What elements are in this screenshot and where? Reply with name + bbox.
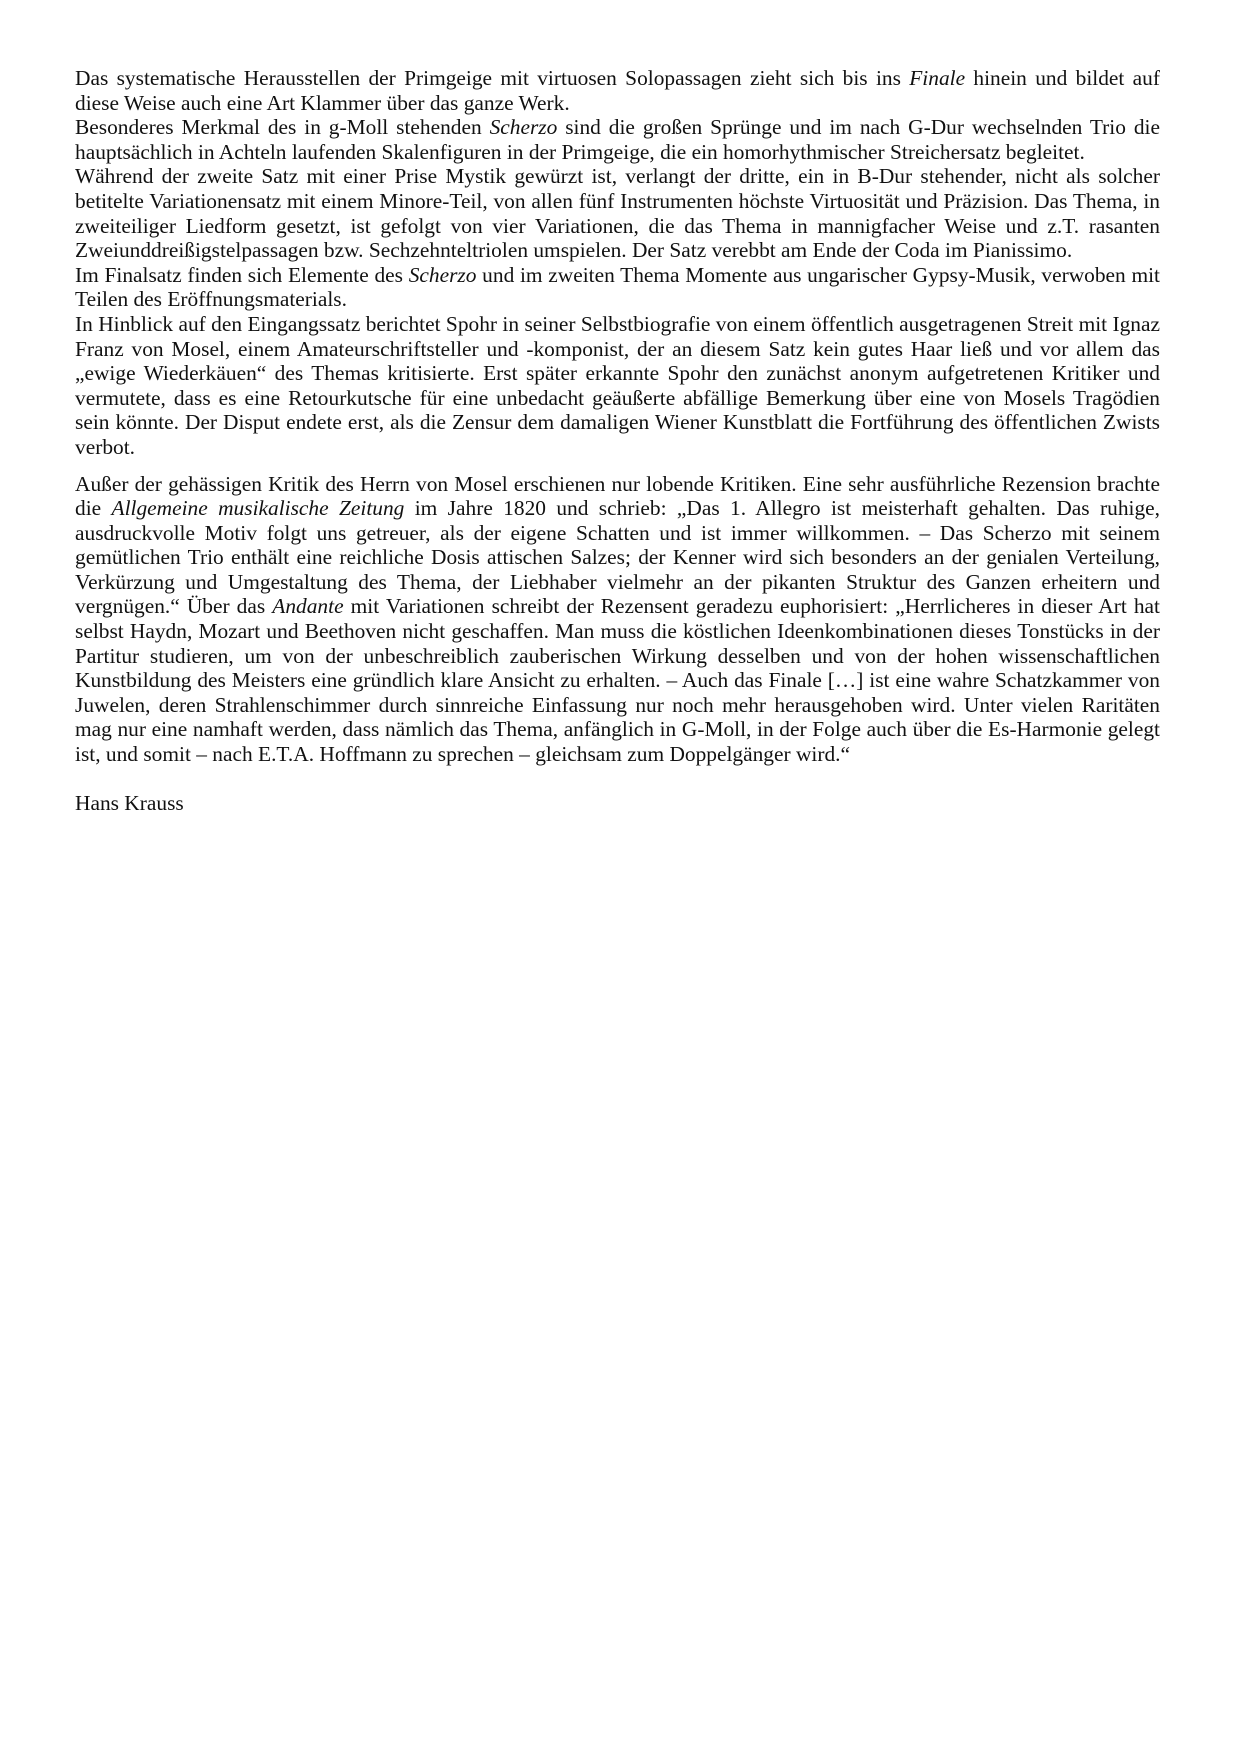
document-page: Das systematische Herausstellen der Prim… [75, 66, 1160, 815]
text-span: Besonderes Merkmal des in g-Moll stehend… [75, 115, 490, 139]
paragraph-primgeige: Das systematische Herausstellen der Prim… [75, 66, 1160, 115]
text-span: Im Finalsatz finden sich Elemente des [75, 263, 409, 287]
italic-term-finale: Finale [909, 66, 965, 90]
italic-title-amz: Allgemeine musikalische Zeitung [112, 496, 405, 520]
text-span: Das systematische Herausstellen der Prim… [75, 66, 909, 90]
italic-term-scherzo: Scherzo [490, 115, 558, 139]
author-signature: Hans Krauss [75, 791, 1160, 816]
text-span: mit Variationen schreibt der Rezensent g… [75, 594, 1160, 766]
paragraph-streit-mosel: In Hinblick auf den Eingangssatz bericht… [75, 312, 1160, 460]
paragraph-rezension: Außer der gehässigen Kritik des Herrn vo… [75, 472, 1160, 767]
paragraph-variationensatz: Während der zweite Satz mit einer Prise … [75, 164, 1160, 262]
paragraph-scherzo: Besonderes Merkmal des in g-Moll stehend… [75, 115, 1160, 164]
paragraph-finalsatz: Im Finalsatz finden sich Elemente des Sc… [75, 263, 1160, 312]
text-span: Während der zweite Satz mit einer Prise … [75, 164, 1160, 262]
text-span: In Hinblick auf den Eingangssatz bericht… [75, 312, 1160, 459]
italic-term-andante: Andante [272, 594, 343, 618]
italic-term-scherzo: Scherzo [409, 263, 477, 287]
